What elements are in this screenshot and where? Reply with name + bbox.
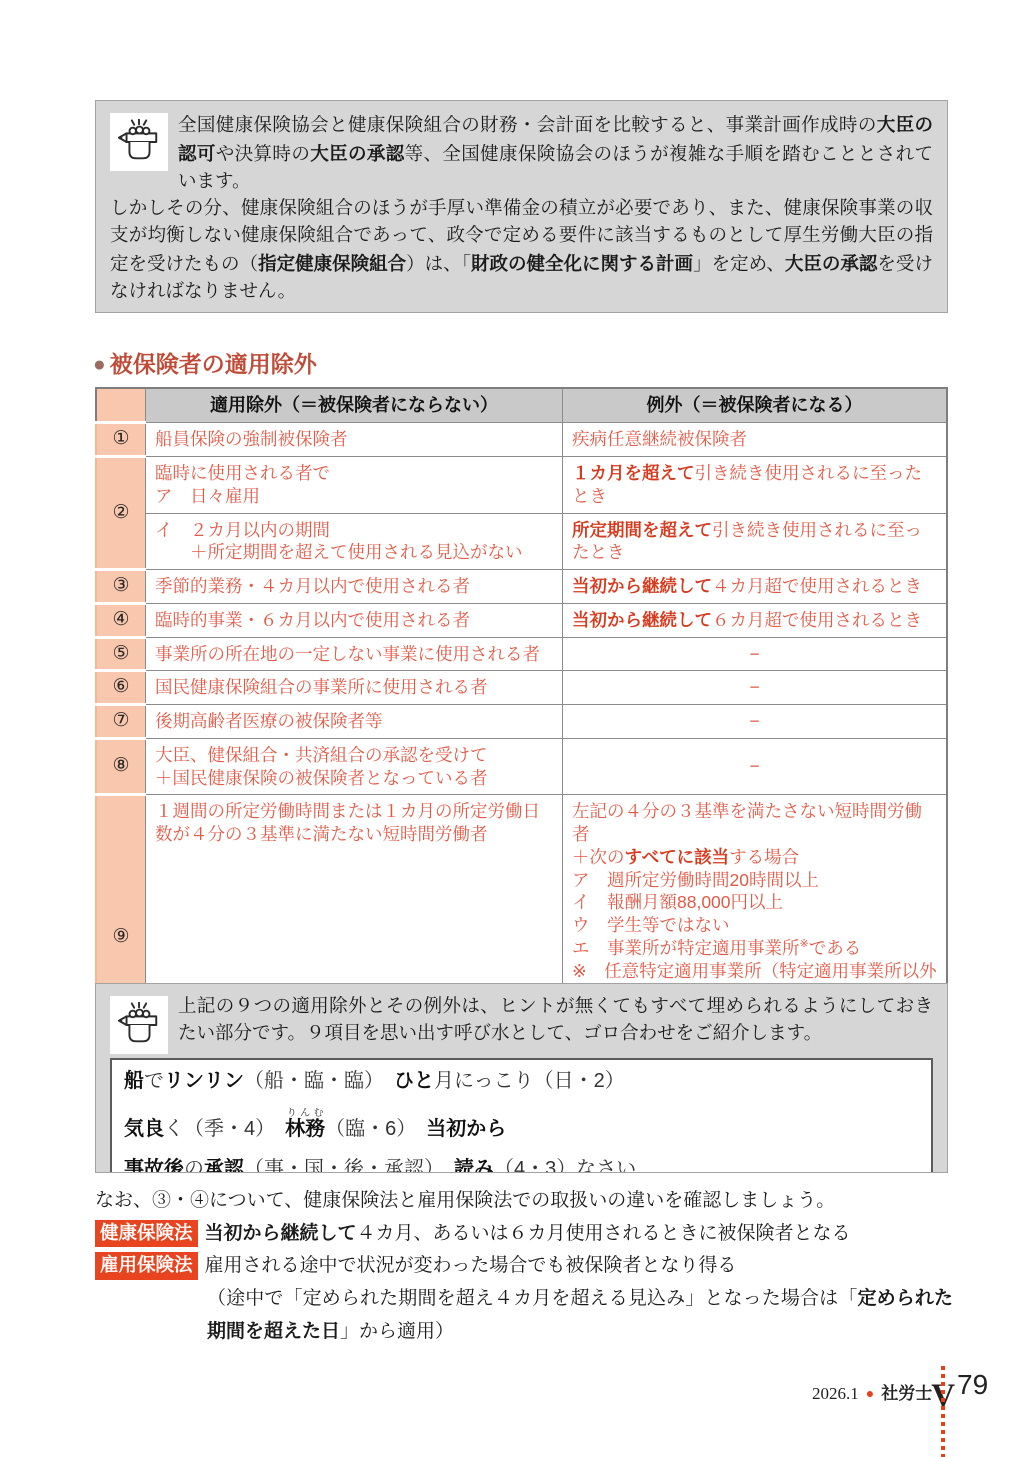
- row-number: ①: [96, 423, 146, 457]
- table-subrow: イ ２カ月以内の期間 ＋所定期間を超えて使用される見込がない 所定期間を超えて引…: [96, 513, 947, 570]
- mnemonic-line-2: 気良く（季・4） 林務りんむ（臨・6） 当初から: [124, 1108, 919, 1142]
- table-row: ⑦ 後期高齢者医療の被保険者等 −: [96, 705, 947, 739]
- comparison-intro: なお、③・④について、健康保険法と雇用保険法での取扱いの違いを確認しましょう。: [95, 1185, 953, 1218]
- law-comparison-section: なお、③・④について、健康保険法と雇用保険法での取扱いの違いを確認しましょう。 …: [95, 1185, 953, 1348]
- kenpo-badge: 健康保険法: [95, 1220, 198, 1248]
- footer-dot-icon: ●: [866, 1387, 874, 1402]
- magazine-page: 全国健康保険協会と健康保険組合の財務・会計面を比較すると、事業計画作成時の大臣の…: [0, 0, 1031, 1457]
- exclusion-cell: 大臣、健保組合・共済組合の承認を受けて＋国民健康保険の被保険者となっている者: [146, 738, 563, 795]
- row-number: ⑥: [96, 671, 146, 705]
- koyo-line: 雇用保険法雇用される途中で状況が変わった場合でも被保険者となり得る: [95, 1250, 953, 1283]
- mnemonic-line-3: 事故後の承認（事・国・後・承認） 読み（4・3）なさい: [124, 1156, 919, 1173]
- page-number: 79: [957, 1369, 988, 1401]
- row-number: ④: [96, 603, 146, 637]
- note-box-bottom: 上記の９つの適用除外とその例外は、ヒントが無くてもすべて埋められるようにしておき…: [95, 983, 948, 1173]
- exclusion-table: 適用除外（＝被保険者にならない） 例外（＝被保険者になる） ① 船員保険の強制被…: [95, 387, 948, 1081]
- kenpo-line: 健康保険法当初から継続して４カ月、あるいは６カ月使用されるときに被保険者となる: [95, 1218, 953, 1251]
- writing-hand-icon: [110, 113, 168, 171]
- footer-date: 2026.1: [812, 1384, 859, 1403]
- row-number: ⑧: [96, 738, 146, 795]
- table-row: ⑤ 事業所の所在地の一定しない事業に使用される者 −: [96, 637, 947, 671]
- note-top-paragraph-1: 全国健康保険協会と健康保険組合の財務・会計面を比較すると、事業計画作成時の大臣の…: [110, 111, 933, 196]
- exclusion-cell: 臨時に使用される者でア 日々雇用: [146, 457, 563, 514]
- table-row: ② 臨時に使用される者でア 日々雇用 １カ月を超えて引き続き使用されるに至ったと…: [96, 457, 947, 514]
- exception-cell: −: [563, 705, 948, 739]
- koyo-text: 雇用される途中で状況が変わった場合でも被保険者となり得る: [205, 1255, 737, 1276]
- exclusion-cell: 季節的業務・４カ月以内で使用される者: [146, 570, 563, 604]
- section-heading: ●被保険者の適用除外: [93, 346, 319, 379]
- exclusion-cell: 船員保険の強制被保険者: [146, 423, 563, 457]
- row-number: ⑤: [96, 637, 146, 671]
- table-row: ⑧ 大臣、健保組合・共済組合の承認を受けて＋国民健康保険の被保険者となっている者…: [96, 738, 947, 795]
- table-header-number-cell: [96, 388, 146, 423]
- table-header-exception: 例外（＝被保険者になる）: [563, 388, 948, 423]
- exception-cell: −: [563, 671, 948, 705]
- exception-cell: −: [563, 738, 948, 795]
- mnemonic-line-1: 船でリンリン（船・臨・臨） ひと月にっこり（日・2）: [124, 1068, 919, 1094]
- exception-cell: 当初から継続して６カ月超で使用されるとき: [563, 603, 948, 637]
- row-number: ⑦: [96, 705, 146, 739]
- exception-cell: −: [563, 637, 948, 671]
- table-row: ⑥ 国民健康保険組合の事業所に使用される者 −: [96, 671, 947, 705]
- writing-hand-icon: [110, 996, 168, 1054]
- exception-cell: 所定期間を超えて引き続き使用されるに至ったとき: [563, 513, 948, 570]
- table-header-row: 適用除外（＝被保険者にならない） 例外（＝被保険者になる）: [96, 388, 947, 423]
- koyo-note: （途中で「定められた期間を超え４カ月を超える見込み」となった場合は「定められた期…: [95, 1283, 953, 1348]
- exception-cell: １カ月を超えて引き続き使用されるに至ったとき: [563, 457, 948, 514]
- exclusion-cell: 事業所の所在地の一定しない事業に使用される者: [146, 637, 563, 671]
- exception-cell: 疾病任意継続被保険者: [563, 423, 948, 457]
- footer-dotted-line: [941, 1366, 945, 1457]
- exclusion-cell: イ ２カ月以内の期間 ＋所定期間を超えて使用される見込がない: [146, 513, 563, 570]
- magazine-logo: 社労士: [881, 1384, 932, 1403]
- note-bottom-paragraph: 上記の９つの適用除外とその例外は、ヒントが無くてもすべて埋められるようにしておき…: [110, 994, 933, 1048]
- koyo-badge: 雇用保険法: [95, 1252, 198, 1280]
- exclusion-cell: 国民健康保険組合の事業所に使用される者: [146, 671, 563, 705]
- exclusion-cell: 臨時的事業・６カ月以内で使用される者: [146, 603, 563, 637]
- footer-meta: 2026.1●社労士V: [812, 1378, 955, 1415]
- section-title: 被保険者の適用除外: [108, 346, 319, 379]
- table-row: ④ 臨時的事業・６カ月以内で使用される者 当初から継続して６カ月超で使用されると…: [96, 603, 947, 637]
- row-number: ②: [96, 457, 146, 570]
- exclusion-cell: 後期高齢者医療の被保険者等: [146, 705, 563, 739]
- note-top-paragraph-2: しかしその分、健康保険組合のほうが手厚い準備金の積立が必要であり、また、健康保険…: [110, 196, 933, 306]
- note-box-top: 全国健康保険協会と健康保険組合の財務・会計面を比較すると、事業計画作成時の大臣の…: [95, 100, 948, 313]
- exception-cell: 当初から継続して４カ月超で使用されるとき: [563, 570, 948, 604]
- table-row: ③ 季節的業務・４カ月以内で使用される者 当初から継続して４カ月超で使用されると…: [96, 570, 947, 604]
- table-header-exclusion: 適用除外（＝被保険者にならない）: [146, 388, 563, 423]
- kenpo-text: 当初から継続して４カ月、あるいは６カ月使用されるときに被保険者となる: [205, 1223, 851, 1244]
- row-number: ③: [96, 570, 146, 604]
- section-bullet-icon: ●: [93, 353, 106, 376]
- table-row: ① 船員保険の強制被保険者 疾病任意継続被保険者: [96, 423, 947, 457]
- mnemonic-box: 船でリンリン（船・臨・臨） ひと月にっこり（日・2） 気良く（季・4） 林務りん…: [110, 1058, 933, 1173]
